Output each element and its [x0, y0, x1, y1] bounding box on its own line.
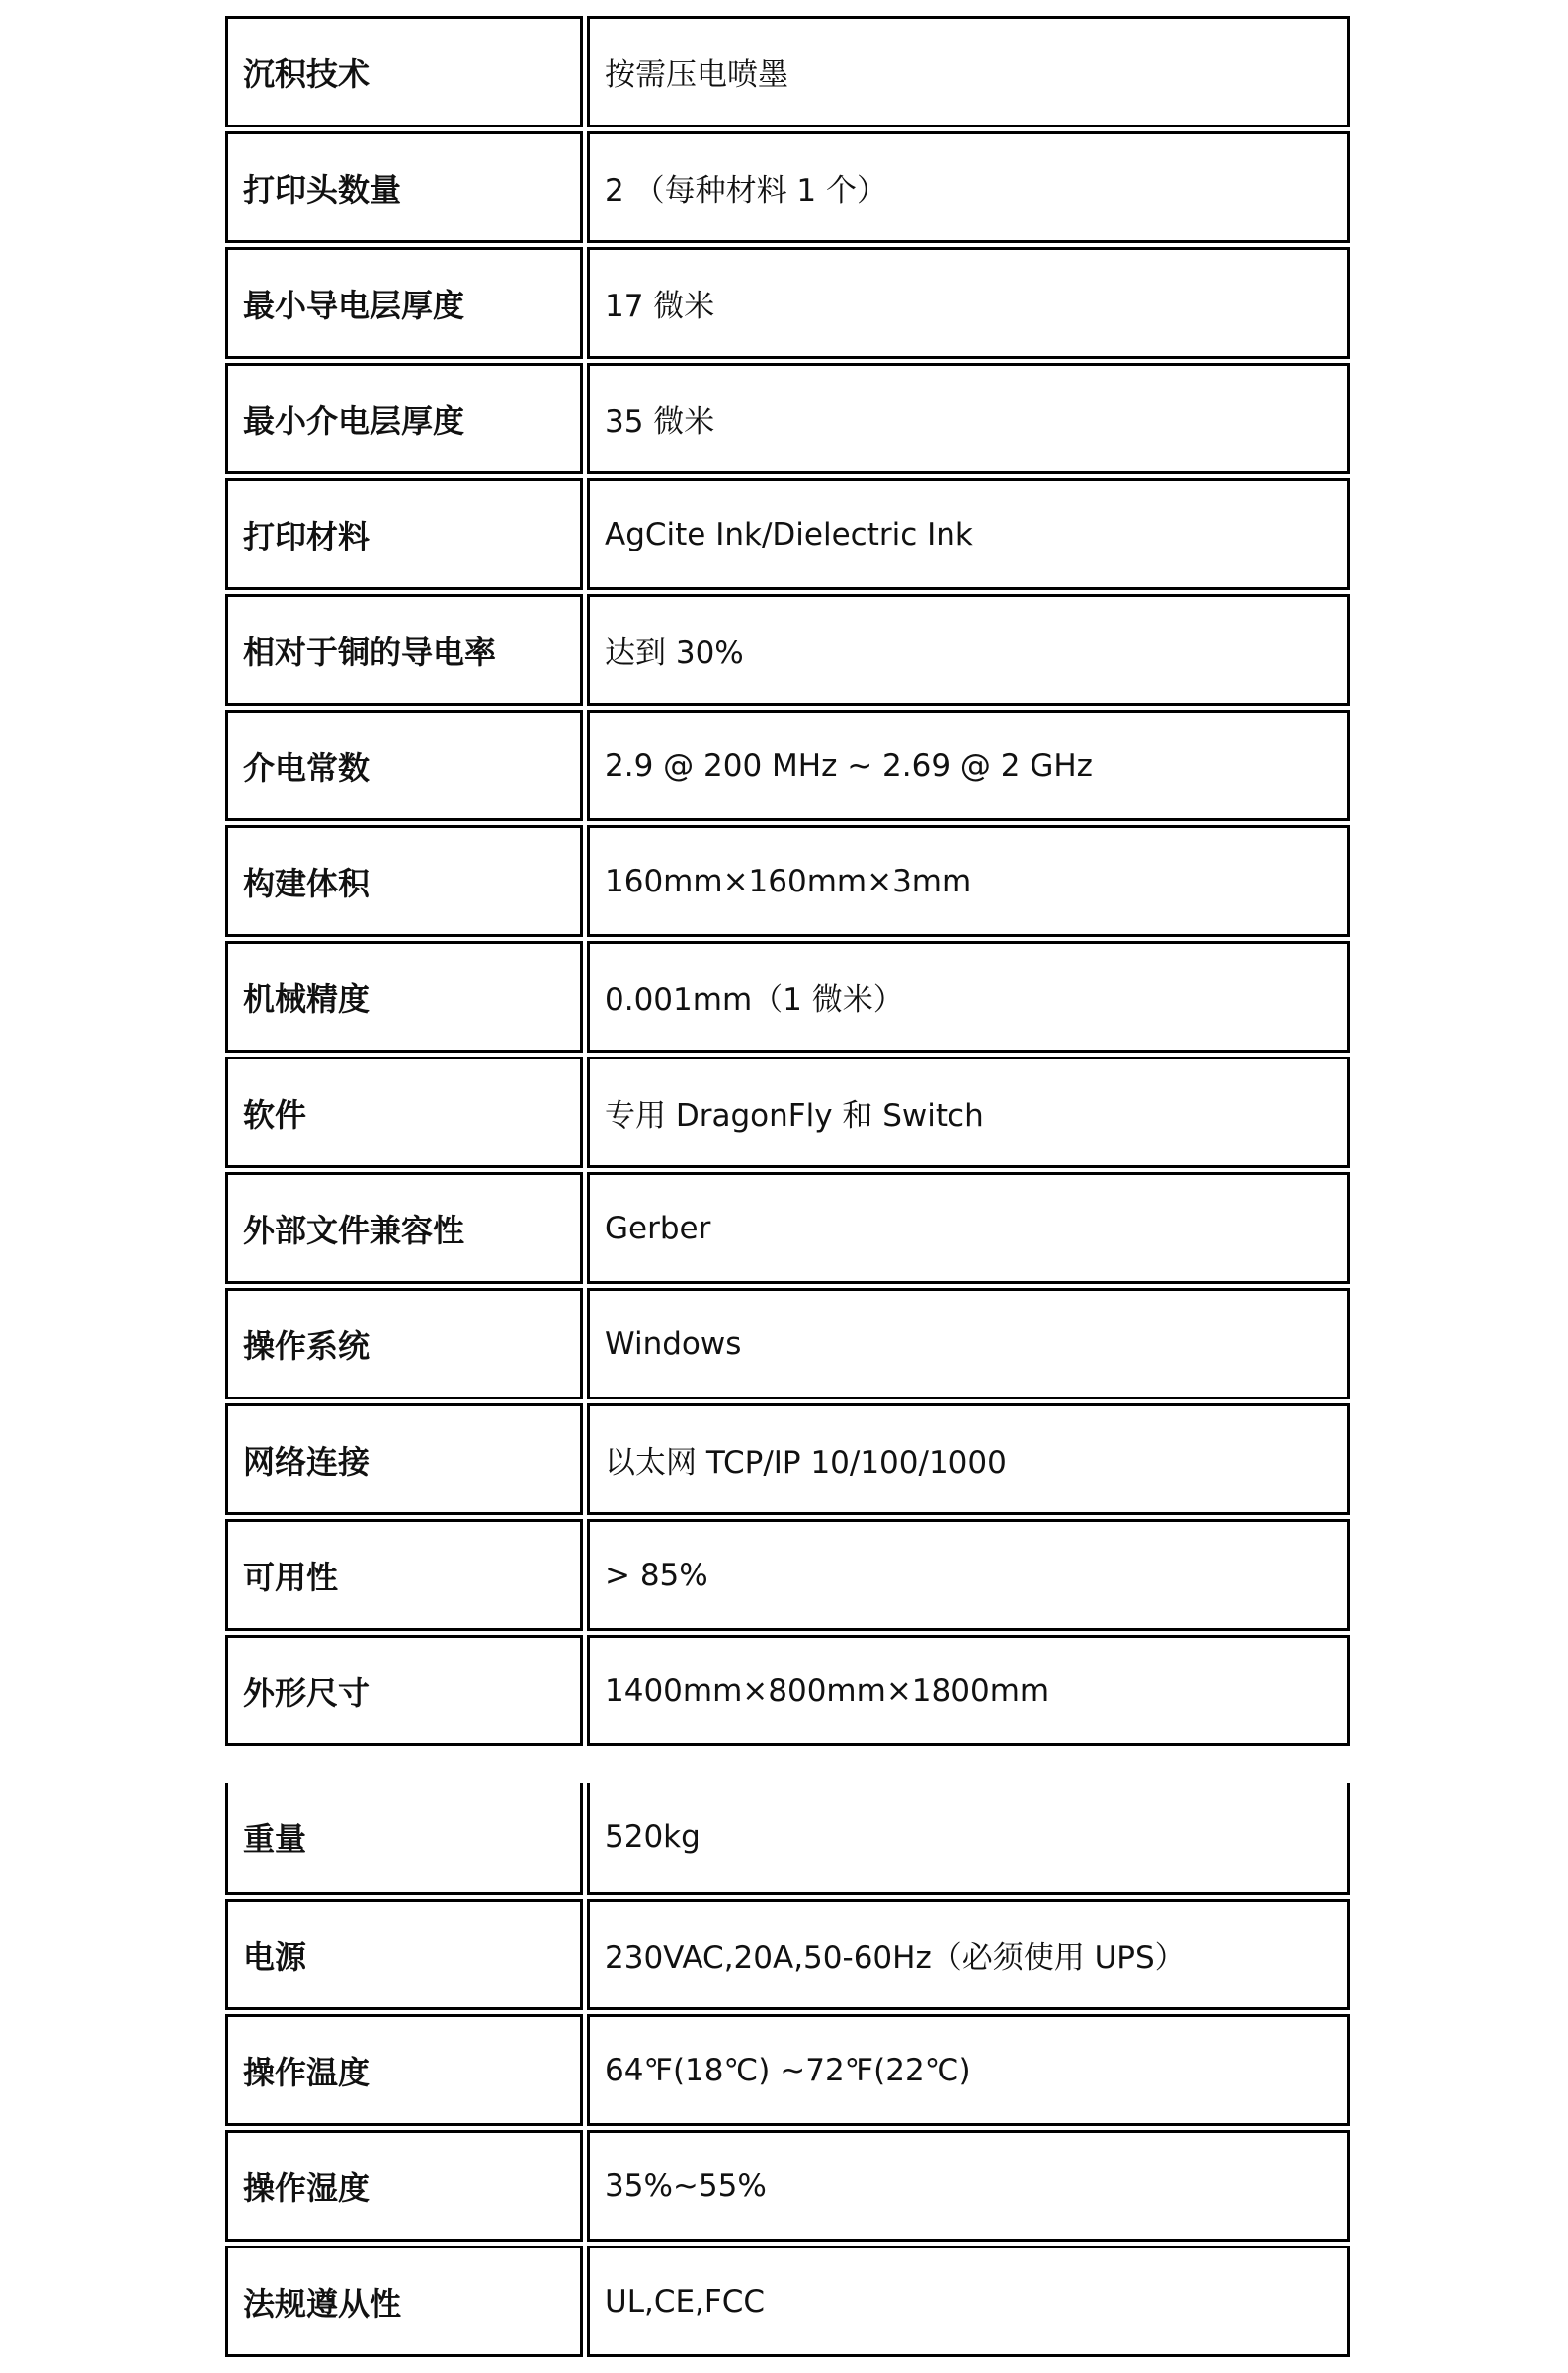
spec-label: 打印头数量 [225, 131, 583, 243]
spec-label: 操作系统 [225, 1288, 583, 1399]
spec-table-part-2: 重量520kg 电源230VAC,20A,50-60Hz（必须使用 UPS） 操… [225, 1783, 1350, 2361]
spec-value: AgCite Ink/Dielectric Ink [587, 478, 1350, 590]
spec-label: 最小介电层厚度 [225, 363, 583, 474]
spec-row: 操作湿度35%~55% [225, 2130, 1350, 2246]
spec-row: 机械精度0.001mm（1 微米） [225, 941, 1350, 1057]
spec-value: UL,CE,FCC [587, 2246, 1350, 2357]
spec-label: 介电常数 [225, 710, 583, 821]
spec-value: 35 微米 [587, 363, 1350, 474]
spec-row: 法规遵从性UL,CE,FCC [225, 2246, 1350, 2361]
spec-value: 1400mm×800mm×1800mm [587, 1635, 1350, 1746]
spec-row: 重量520kg [225, 1783, 1350, 1899]
spec-row: 打印头数量2 （每种材料 1 个） [225, 131, 1350, 247]
spec-value: Windows [587, 1288, 1350, 1399]
spec-label: 沉积技术 [225, 16, 583, 127]
spec-label: 相对于铜的导电率 [225, 594, 583, 706]
spec-value: 以太网 TCP/IP 10/100/1000 [587, 1403, 1350, 1515]
spec-row: 最小介电层厚度35 微米 [225, 363, 1350, 478]
spec-row: 外部文件兼容性Gerber [225, 1172, 1350, 1288]
spec-label: 外部文件兼容性 [225, 1172, 583, 1284]
spec-row: 最小导电层厚度17 微米 [225, 247, 1350, 363]
spec-label: 操作温度 [225, 2014, 583, 2126]
spec-label: 网络连接 [225, 1403, 583, 1515]
spec-row: 相对于铜的导电率达到 30% [225, 594, 1350, 710]
spec-label: 打印材料 [225, 478, 583, 590]
spec-row: 构建体积160mm×160mm×3mm [225, 825, 1350, 941]
spec-label: 外形尺寸 [225, 1635, 583, 1746]
spec-label: 机械精度 [225, 941, 583, 1053]
spec-row: 可用性> 85% [225, 1519, 1350, 1635]
spec-row: 网络连接以太网 TCP/IP 10/100/1000 [225, 1403, 1350, 1519]
spec-label: 软件 [225, 1057, 583, 1168]
spec-row: 外形尺寸1400mm×800mm×1800mm [225, 1635, 1350, 1750]
spec-label: 最小导电层厚度 [225, 247, 583, 359]
spec-label: 操作湿度 [225, 2130, 583, 2242]
spec-value: 520kg [587, 1783, 1350, 1895]
spec-value: 2 （每种材料 1 个） [587, 131, 1350, 243]
spec-value: 2.9 @ 200 MHz ~ 2.69 @ 2 GHz [587, 710, 1350, 821]
spec-row: 打印材料AgCite Ink/Dielectric Ink [225, 478, 1350, 594]
spec-value: 160mm×160mm×3mm [587, 825, 1350, 937]
spec-value: 0.001mm（1 微米） [587, 941, 1350, 1053]
spec-row: 操作系统Windows [225, 1288, 1350, 1403]
spec-table-part-1: 沉积技术按需压电喷墨 打印头数量2 （每种材料 1 个） 最小导电层厚度17 微… [225, 16, 1350, 1750]
spec-row: 介电常数2.9 @ 200 MHz ~ 2.69 @ 2 GHz [225, 710, 1350, 825]
spec-row: 沉积技术按需压电喷墨 [225, 16, 1350, 131]
spec-label: 构建体积 [225, 825, 583, 937]
spec-value: 17 微米 [587, 247, 1350, 359]
spec-row: 电源230VAC,20A,50-60Hz（必须使用 UPS） [225, 1899, 1350, 2014]
spec-label: 可用性 [225, 1519, 583, 1631]
spec-value: 达到 30% [587, 594, 1350, 706]
spec-value: 35%~55% [587, 2130, 1350, 2242]
spec-label: 电源 [225, 1899, 583, 2010]
spec-row: 操作温度64℉(18℃) ~72℉(22℃) [225, 2014, 1350, 2130]
spec-value: 按需压电喷墨 [587, 16, 1350, 127]
spec-label: 重量 [225, 1783, 583, 1895]
spec-value: 专用 DragonFly 和 Switch [587, 1057, 1350, 1168]
spec-row: 软件专用 DragonFly 和 Switch [225, 1057, 1350, 1172]
spec-value: > 85% [587, 1519, 1350, 1631]
spec-value: 230VAC,20A,50-60Hz（必须使用 UPS） [587, 1899, 1350, 2010]
spec-value: 64℉(18℃) ~72℉(22℃) [587, 2014, 1350, 2126]
spec-label: 法规遵从性 [225, 2246, 583, 2357]
spec-value: Gerber [587, 1172, 1350, 1284]
